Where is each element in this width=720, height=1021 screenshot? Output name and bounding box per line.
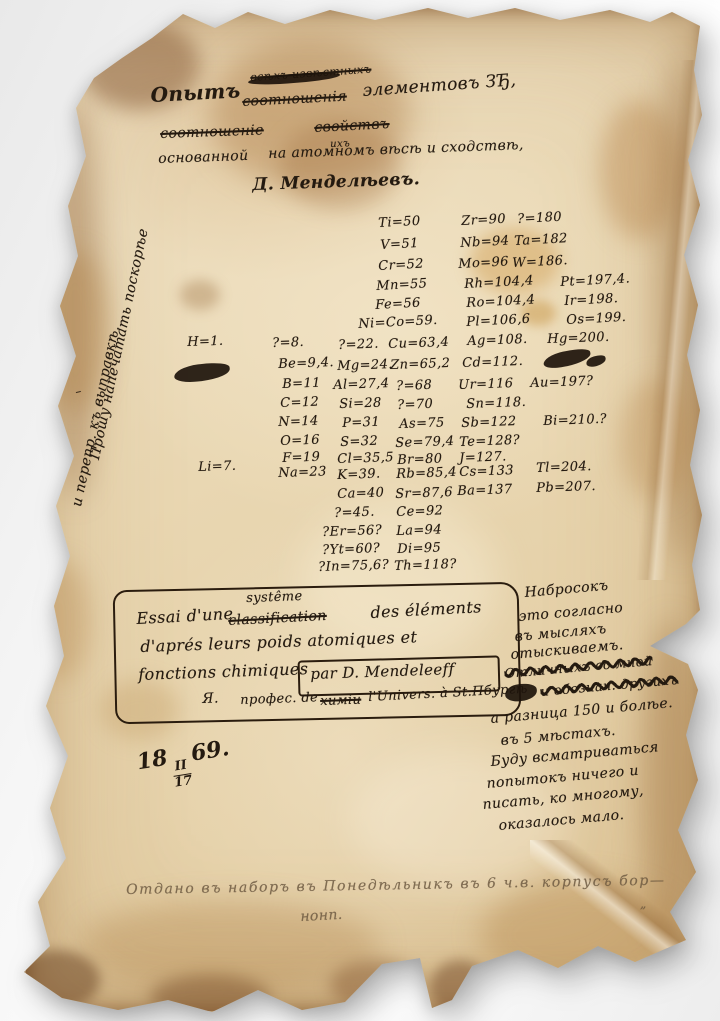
bottom-note-text: „ <box>640 898 647 911</box>
bottom-note: Отдано въ наборъ въ Понедѣльникъ въ 6 ч.… <box>0 0 720 1021</box>
photo-background: { "colors":{"background_gray":"#ededed",… <box>0 0 720 1021</box>
bottom-note-text: нонп. <box>300 908 343 926</box>
bottom-note-text: Отдано въ наборъ въ Понедѣльникъ въ 6 ч.… <box>126 874 666 899</box>
paper-shadow-wrap: 18II1769. всѣхъ извѣстныхъОпытъсоотношен… <box>0 0 720 1021</box>
paper: 18II1769. всѣхъ извѣстныхъОпытъсоотношен… <box>0 0 720 1021</box>
